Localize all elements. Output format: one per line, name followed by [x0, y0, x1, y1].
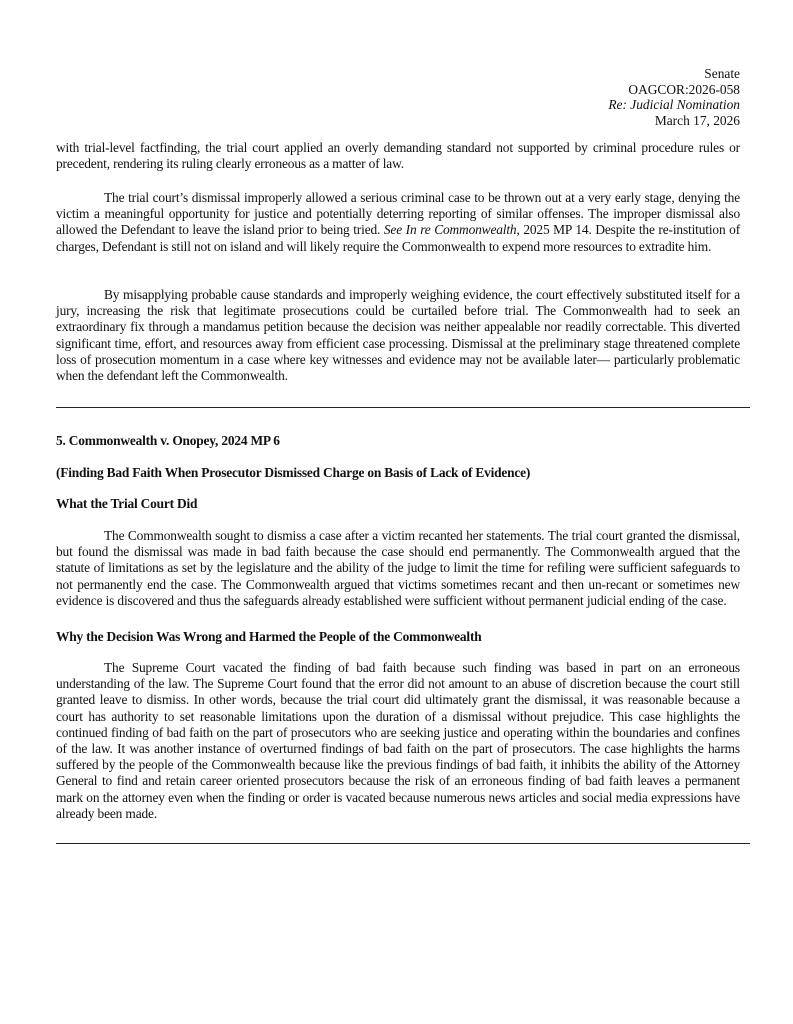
why-wrong-paragraph: The Supreme Court vacated the finding of…	[56, 660, 740, 822]
header-recipient: Senate	[608, 66, 740, 82]
section-divider	[56, 407, 750, 408]
header-date: March 17, 2026	[608, 113, 740, 129]
header-subject: Re: Judicial Nomination	[608, 97, 740, 113]
paragraph-2-citation: See In re Commonwealth	[384, 222, 517, 237]
continuation-paragraph-2: The trial court’s dismissal improperly a…	[56, 190, 740, 255]
continuation-paragraph-3: By misapplying probable cause standards …	[56, 287, 740, 384]
section-heading-trial-court: What the Trial Court Did	[56, 496, 197, 512]
trial-court-paragraph: The Commonwealth sought to dismiss a cas…	[56, 528, 740, 609]
case-subtitle: (Finding Bad Faith When Prosecutor Dismi…	[56, 465, 530, 481]
section-divider-bottom	[56, 843, 750, 844]
case-title: 5. Commonwealth v. Onopey, 2024 MP 6	[56, 433, 280, 449]
letter-header: Senate OAGCOR:2026-058 Re: Judicial Nomi…	[608, 66, 740, 128]
header-reference: OAGCOR:2026-058	[608, 82, 740, 98]
section-heading-why-wrong: Why the Decision Was Wrong and Harmed th…	[56, 629, 481, 645]
continuation-paragraph-1: with trial-level factfinding, the trial …	[56, 140, 740, 172]
